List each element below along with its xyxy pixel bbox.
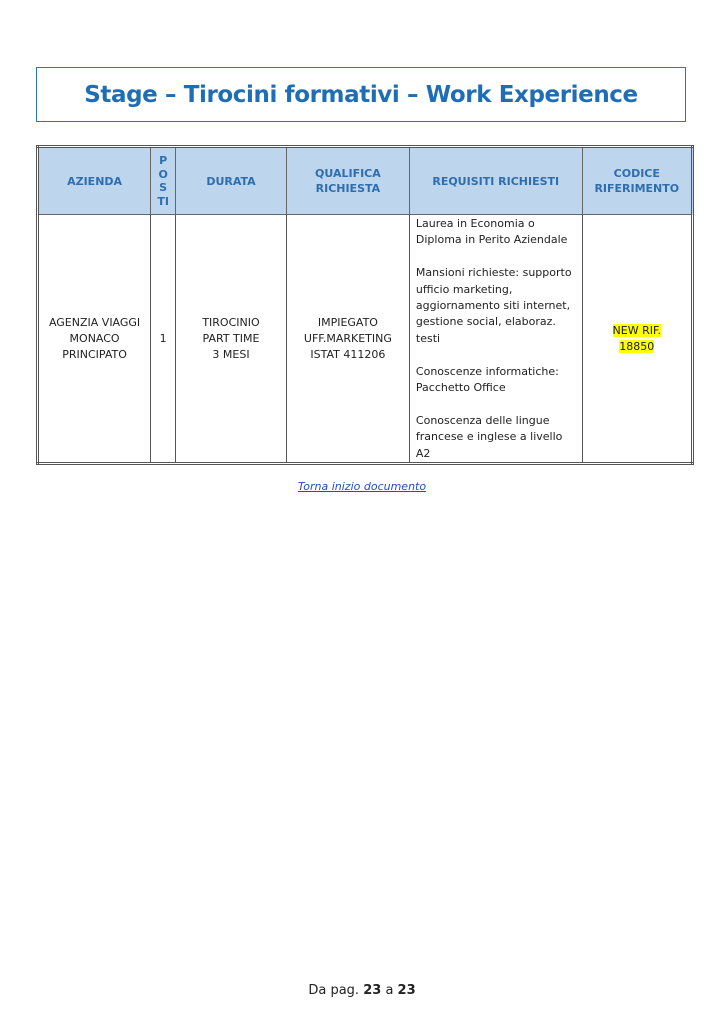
qualifica-line: ISTAT 411206 bbox=[291, 347, 405, 363]
header-posti-line: S bbox=[151, 181, 175, 195]
page-footer: Da pag. 23 a 23 bbox=[0, 983, 724, 998]
table-header-row: AZIENDA P O S TI DURATA QUALIFICA RICHIE… bbox=[38, 147, 693, 215]
header-durata: DURATA bbox=[176, 147, 287, 215]
section-title-box: Stage – Tirocini formativi – Work Experi… bbox=[36, 67, 686, 122]
cell-posti: 1 bbox=[151, 215, 176, 464]
header-qualifica-line: QUALIFICA bbox=[291, 166, 405, 181]
codice-number: 18850 bbox=[619, 340, 654, 353]
header-codice-line: RIFERIMENTO bbox=[587, 181, 687, 196]
durata-line: PART TIME bbox=[180, 331, 282, 347]
header-codice: CODICE RIFERIMENTO bbox=[582, 147, 692, 215]
header-posti: P O S TI bbox=[151, 147, 176, 215]
table-row: AGENZIA VIAGGI MONACO PRINCIPATO 1 TIROC… bbox=[38, 215, 693, 464]
cell-durata: TIROCINIO PART TIME 3 MESI bbox=[176, 215, 287, 464]
header-posti-line: P bbox=[151, 154, 175, 168]
footer-current-page: 23 bbox=[363, 983, 381, 998]
section-title: Stage – Tirocini formativi – Work Experi… bbox=[84, 82, 638, 108]
durata-line: 3 MESI bbox=[180, 347, 282, 363]
header-posti-line: O bbox=[151, 168, 175, 182]
requisito-titolo-studio: Laurea in Economia o Diploma in Perito A… bbox=[416, 216, 576, 249]
header-qualifica-line: RICHIESTA bbox=[291, 181, 405, 196]
header-requisiti: REQUISITI RICHIESTI bbox=[409, 147, 582, 215]
requisito-lingue: Conoscenza delle lingue francese e ingle… bbox=[416, 413, 576, 462]
cell-azienda: AGENZIA VIAGGI MONACO PRINCIPATO bbox=[38, 215, 151, 464]
footer-separator: a bbox=[385, 983, 393, 998]
requisito-informatica: Conoscenze informatiche: Pacchetto Offic… bbox=[416, 364, 576, 397]
azienda-line: PRINCIPATO bbox=[43, 347, 146, 363]
qualifica-line: UFF.MARKETING bbox=[291, 331, 405, 347]
job-listing-table: AZIENDA P O S TI DURATA QUALIFICA RICHIE… bbox=[36, 145, 694, 465]
footer-total-pages: 23 bbox=[398, 983, 416, 998]
azienda-line: AGENZIA VIAGGI bbox=[43, 315, 146, 331]
codice-label: NEW RIF. bbox=[613, 324, 662, 337]
header-codice-line: CODICE bbox=[587, 166, 687, 181]
back-to-top-container: Torna inizio documento bbox=[0, 480, 724, 493]
cell-requisiti: Laurea in Economia o Diploma in Perito A… bbox=[409, 215, 582, 464]
footer-prefix: Da pag. bbox=[308, 983, 359, 998]
qualifica-line: IMPIEGATO bbox=[291, 315, 405, 331]
cell-codice: NEW RIF. 18850 bbox=[582, 215, 692, 464]
requisito-mansioni: Mansioni richieste: supporto ufficio mar… bbox=[416, 265, 576, 347]
durata-line: TIROCINIO bbox=[180, 315, 282, 331]
header-azienda: AZIENDA bbox=[38, 147, 151, 215]
header-qualifica: QUALIFICA RICHIESTA bbox=[286, 147, 409, 215]
azienda-line: MONACO bbox=[43, 331, 146, 347]
cell-qualifica: IMPIEGATO UFF.MARKETING ISTAT 411206 bbox=[286, 215, 409, 464]
header-posti-line: TI bbox=[151, 195, 175, 209]
back-to-top-link[interactable]: Torna inizio documento bbox=[298, 480, 426, 493]
